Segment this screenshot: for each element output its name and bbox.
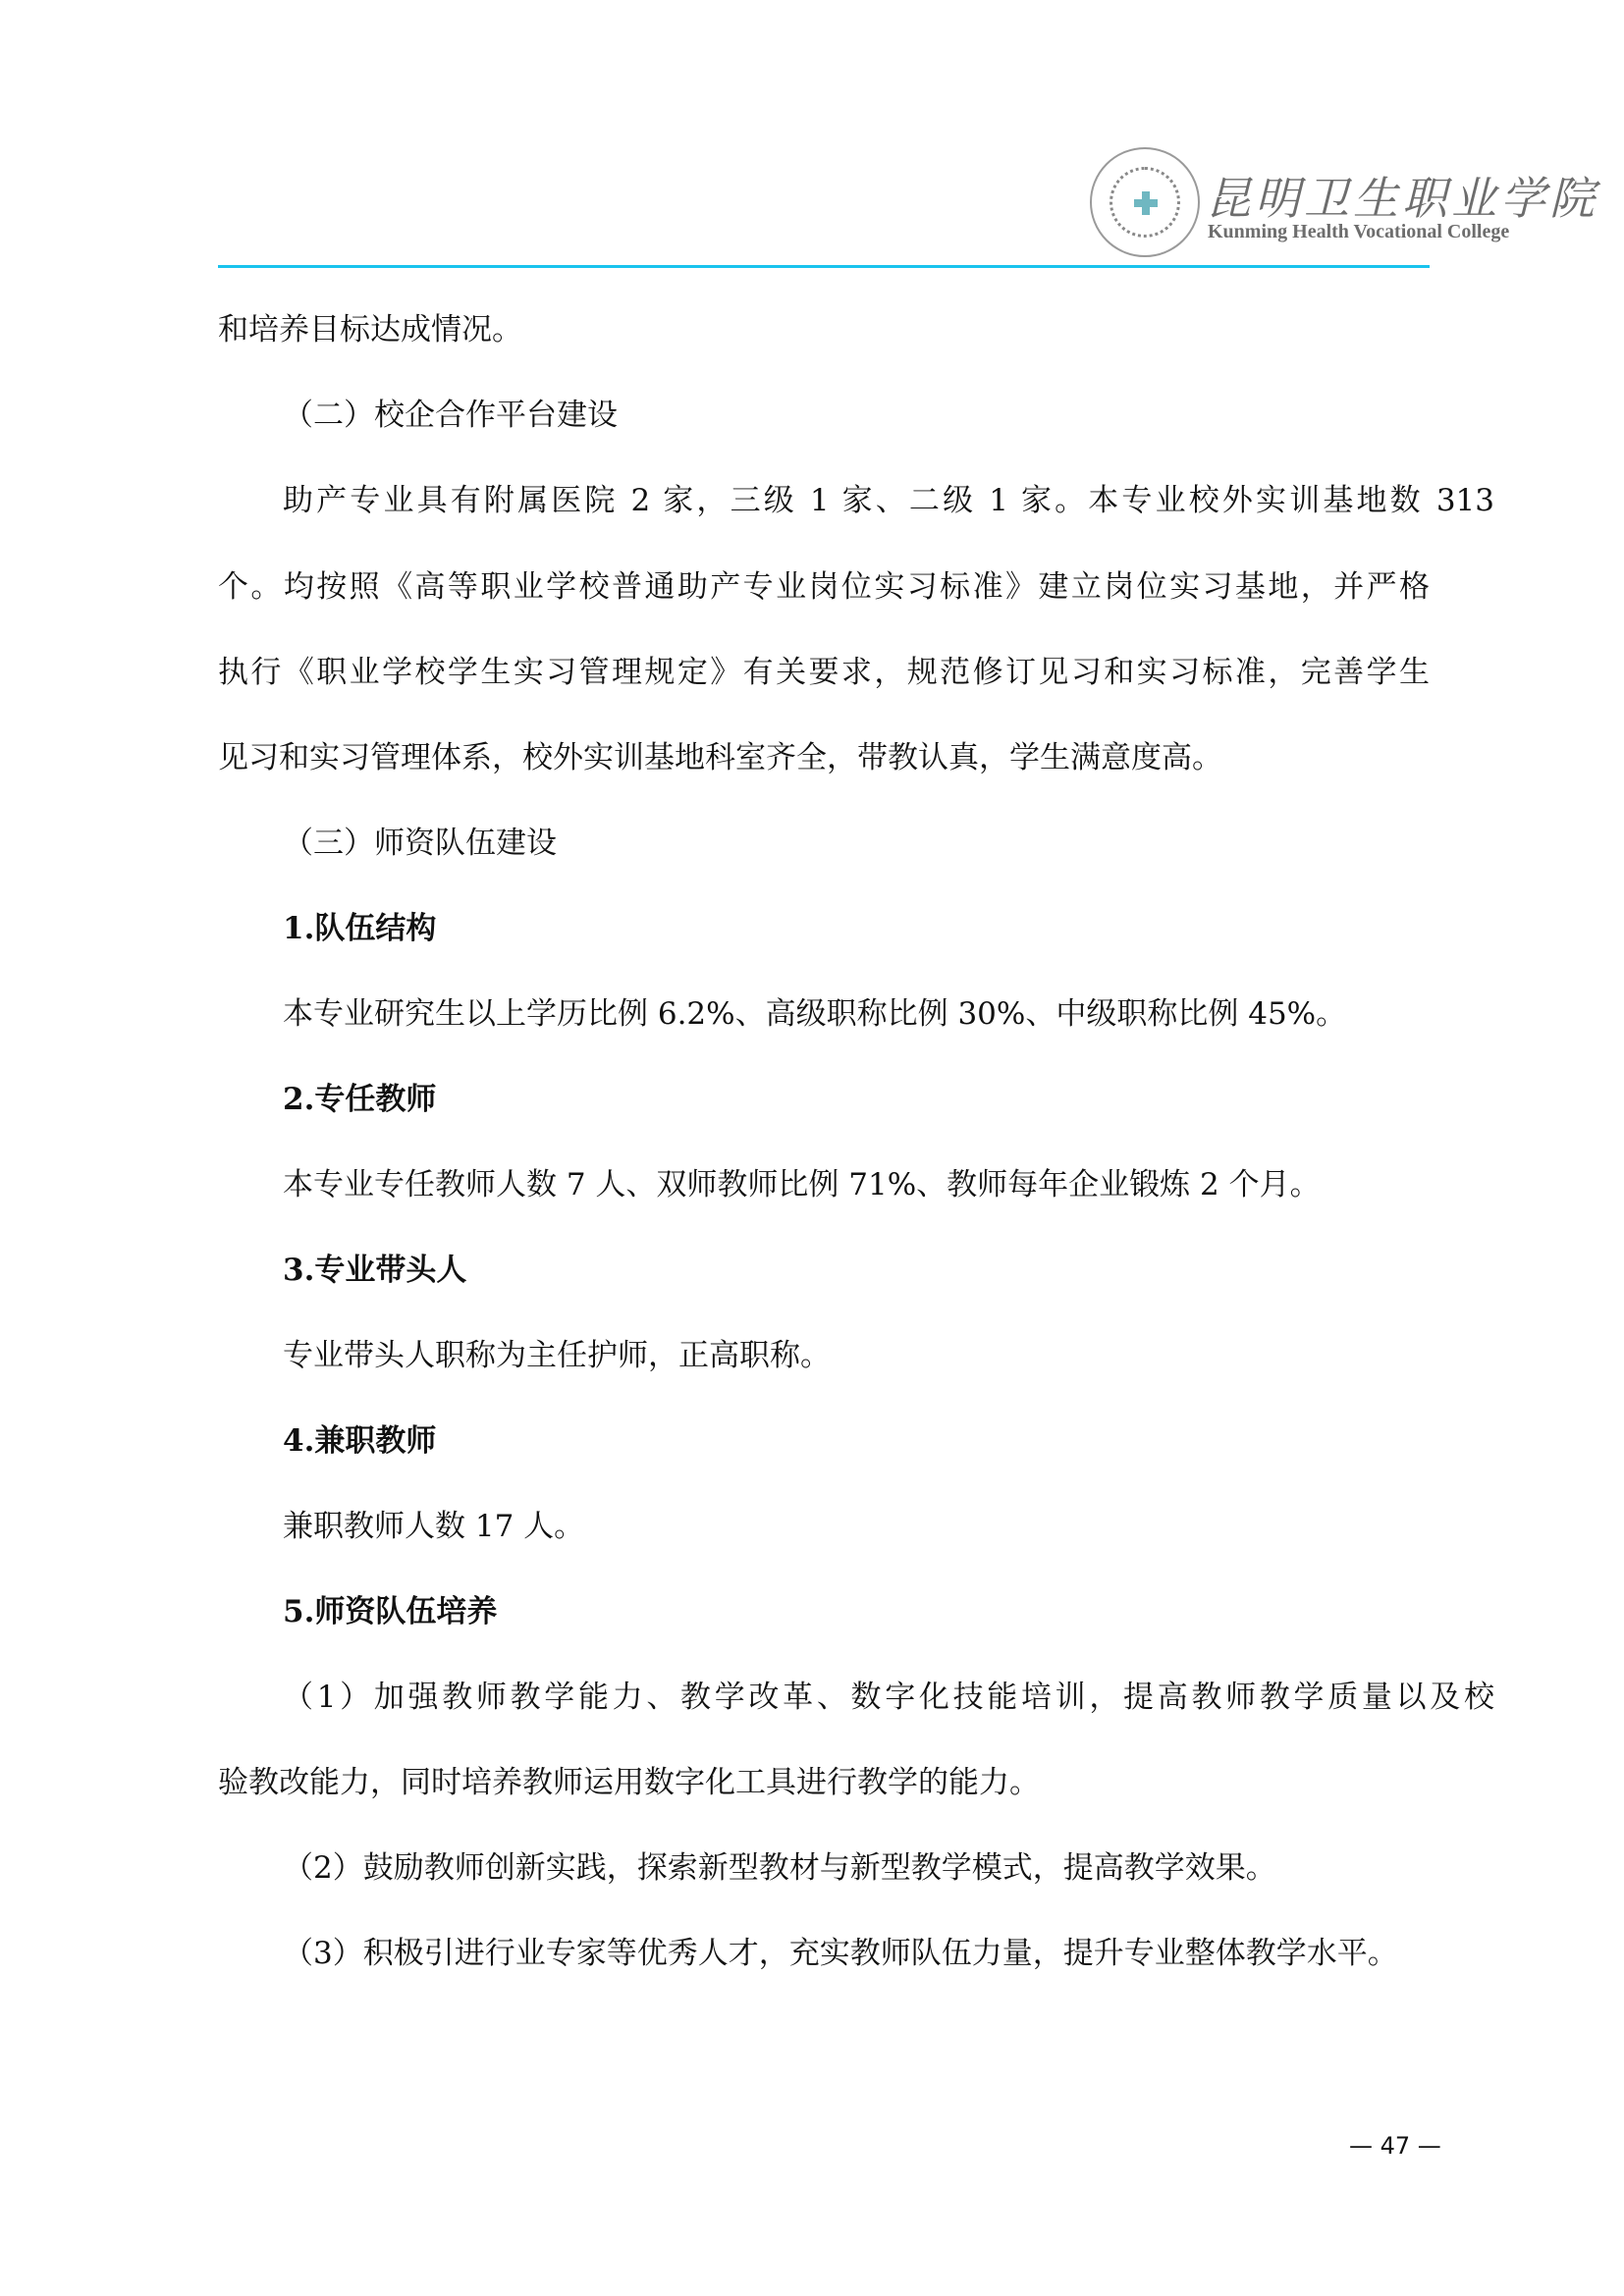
- subheading-full-time-teachers: 2.专任教师: [218, 1080, 1494, 1119]
- paragraph-line: 兼职教师人数 17 人。: [218, 1507, 1494, 1546]
- subheading-part-time-teachers: 4.兼职教师: [218, 1421, 1494, 1461]
- paragraph-continuation: 和培养目标达成情况。: [218, 310, 1430, 349]
- medical-cross-icon: [1134, 191, 1158, 215]
- list-item-line: （3）积极引进行业专家等优秀人才，充实教师队伍力量，提升专业整体教学水平。: [218, 1934, 1494, 1973]
- section-heading-2: （二）校企合作平台建设: [218, 396, 1494, 435]
- college-name-english: Kunming Health Vocational College: [1208, 221, 1509, 243]
- paragraph-line: 助产专业具有附属医院 2 家，三级 1 家、二级 1 家。本专业校外实训基地数 …: [218, 481, 1494, 520]
- subheading-faculty-training: 5.师资队伍培养: [218, 1592, 1494, 1631]
- subheading-program-leader: 3.专业带头人: [218, 1251, 1494, 1290]
- paragraph-line: 专业带头人职称为主任护师，正高职称。: [218, 1336, 1494, 1375]
- list-item-line: （1）加强教师教学能力、教学改革、数字化技能培训，提高教师教学质量以及校: [218, 1678, 1494, 1717]
- paragraph-line: 本专业专任教师人数 7 人、双师教师比例 71%、教师每年企业锻炼 2 个月。: [218, 1165, 1494, 1204]
- paragraph-line: 见习和实习管理体系，校外实训基地科室齐全，带教认真，学生满意度高。: [218, 738, 1430, 777]
- page-header: 昆明卫生职业学院 Kunming Health Vocational Colle…: [0, 0, 1624, 275]
- list-item-line: 验教改能力，同时培养教师运用数字化工具进行教学的能力。: [218, 1763, 1430, 1802]
- page-number: — 47 —: [1349, 2132, 1441, 2160]
- paragraph-line: 执行《职业学校学生实习管理规定》有关要求，规范修订见习和实习标准，完善学生: [218, 653, 1430, 692]
- subheading-team-structure: 1.队伍结构: [218, 909, 1494, 948]
- header-divider: [218, 265, 1430, 268]
- paragraph-line: 本专业研究生以上学历比例 6.2%、高级职称比例 30%、中级职称比例 45%。: [218, 994, 1494, 1034]
- college-seal-logo-icon: [1090, 147, 1200, 257]
- college-name-chinese: 昆明卫生职业学院: [1206, 163, 1598, 228]
- paragraph-line: 个。均按照《高等职业学校普通助产专业岗位实习标准》建立岗位实习基地，并严格: [218, 567, 1430, 607]
- list-item-line: （2）鼓励教师创新实践，探索新型教材与新型教学模式，提高教学效果。: [218, 1848, 1494, 1888]
- section-heading-3: （三）师资队伍建设: [218, 824, 1494, 863]
